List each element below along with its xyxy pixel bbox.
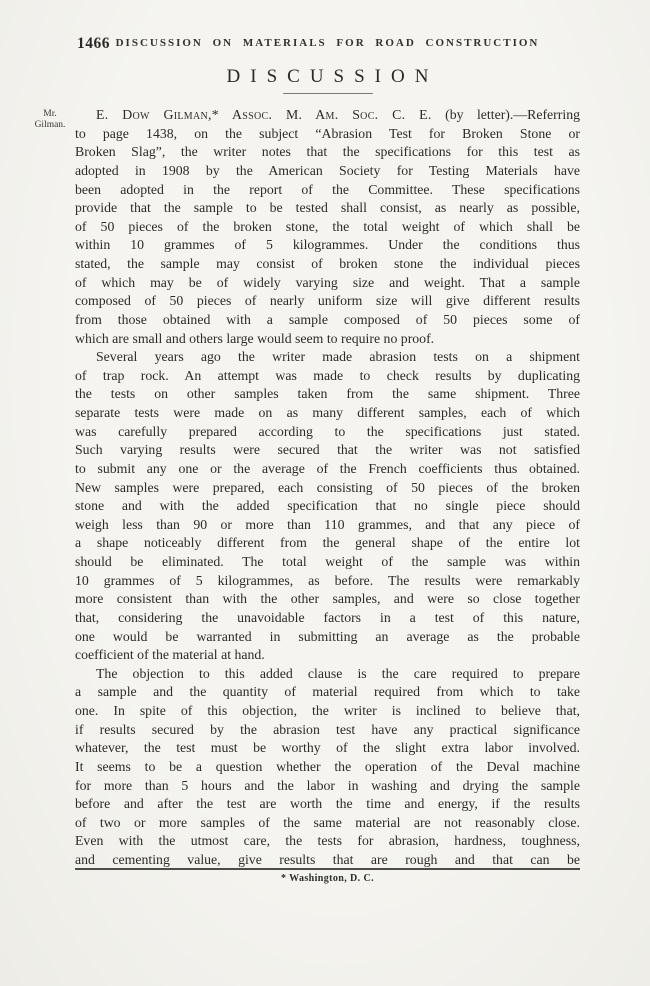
footnote-text: * Washington, D. C. (75, 873, 580, 884)
text-line: within 10 grammes of 5 kilogrammes. Unde… (75, 236, 580, 255)
text-line: a sample and the quantity of material re… (75, 683, 580, 702)
title-rule (283, 93, 373, 94)
text-line: It seems to be a question whether the op… (75, 758, 580, 777)
text-segment: (by letter).—Referring (432, 107, 580, 122)
footnote-rule (75, 868, 580, 870)
text-line: provide that the sample to be tested sha… (75, 199, 580, 218)
text-line: one. In spite of this objection, the wri… (75, 702, 580, 721)
text-line: more consistent than with the other samp… (75, 590, 580, 609)
text-line: Broken Slag”, the writer notes that the … (75, 143, 580, 162)
text-line: separate tests were made on as many diff… (75, 404, 580, 423)
margin-note-line-1: Mr. (24, 109, 76, 120)
speaker-name: E. Dow Gilman,* Assoc. M. Am. Soc. C. E. (96, 107, 432, 122)
page-number: 1466 (77, 35, 110, 53)
paragraph: The objection to this added clause is th… (75, 665, 580, 870)
paragraph: E. Dow Gilman,* Assoc. M. Am. Soc. C. E.… (75, 106, 580, 348)
margin-note-line-2: Gilman. (24, 120, 76, 131)
text-line: a shape noticeably different from the ge… (75, 534, 580, 553)
text-line: should be eliminated. The total weight o… (75, 553, 580, 572)
text-line: to submit any one or the average of the … (75, 460, 580, 479)
text-line: adopted in 1908 by the American Society … (75, 162, 580, 181)
text-line: of two or more samples of the same mater… (75, 814, 580, 833)
text-line: one would be warranted in submitting an … (75, 628, 580, 647)
section-title: DISCUSSION (75, 66, 580, 88)
text-line: from those obtained with a sample compos… (75, 311, 580, 330)
text-line: Several years ago the writer made abrasi… (75, 348, 580, 367)
text-line: Such varying results were secured that t… (75, 441, 580, 460)
text-line: which are small and others large would s… (75, 330, 580, 349)
text-line: 10 grammes of 5 kilogrammes, as before. … (75, 572, 580, 591)
section-title-block: DISCUSSION (75, 66, 580, 94)
document-page: 1466 DISCUSSION ON MATERIALS FOR ROAD CO… (0, 0, 650, 986)
text-line: New samples were prepared, each consisti… (75, 479, 580, 498)
text-line: The objection to this added clause is th… (75, 665, 580, 684)
text-line: of 50 pieces of the broken stone, the to… (75, 218, 580, 237)
text-line: if results secured by the abrasion test … (75, 721, 580, 740)
text-line: that, considering the unavoidable factor… (75, 609, 580, 628)
text-line: the tests on other samples taken from th… (75, 385, 580, 404)
text-line: of which may be of widely varying size a… (75, 274, 580, 293)
text-line: weigh less than 90 or more than 110 gram… (75, 516, 580, 535)
text-line: stone and with the added specification t… (75, 497, 580, 516)
text-line: of trap rock. An attempt was made to che… (75, 367, 580, 386)
text-line: composed of 50 pieces of nearly uniform … (75, 292, 580, 311)
text-line: to page 1438, on the subject “Abrasion T… (75, 125, 580, 144)
text-line: was carefully prepared according to the … (75, 423, 580, 442)
text-line: been adopted in the report of the Commit… (75, 181, 580, 200)
running-head: DISCUSSION ON MATERIALS FOR ROAD CONSTRU… (75, 37, 580, 49)
body-paragraphs: E. Dow Gilman,* Assoc. M. Am. Soc. C. E.… (75, 106, 580, 870)
text-line: stated, the sample may consist of broken… (75, 255, 580, 274)
paragraph: Several years ago the writer made abrasi… (75, 348, 580, 665)
margin-note-speaker: Mr. Gilman. (24, 109, 76, 130)
page-header: 1466 DISCUSSION ON MATERIALS FOR ROAD CO… (75, 37, 580, 55)
text-line: for more than 5 hours and the labor in w… (75, 777, 580, 796)
text-line: Even with the utmost care, the tests for… (75, 832, 580, 851)
text-line: E. Dow Gilman,* Assoc. M. Am. Soc. C. E.… (75, 106, 580, 125)
footnote-block: * Washington, D. C. (75, 868, 580, 884)
text-line: whatever, the test must be worthy of the… (75, 739, 580, 758)
text-line: before and after the test are worth the … (75, 795, 580, 814)
text-line: coefficient of the material at hand. (75, 646, 580, 665)
text-line: and cementing value, give results that a… (75, 851, 580, 870)
